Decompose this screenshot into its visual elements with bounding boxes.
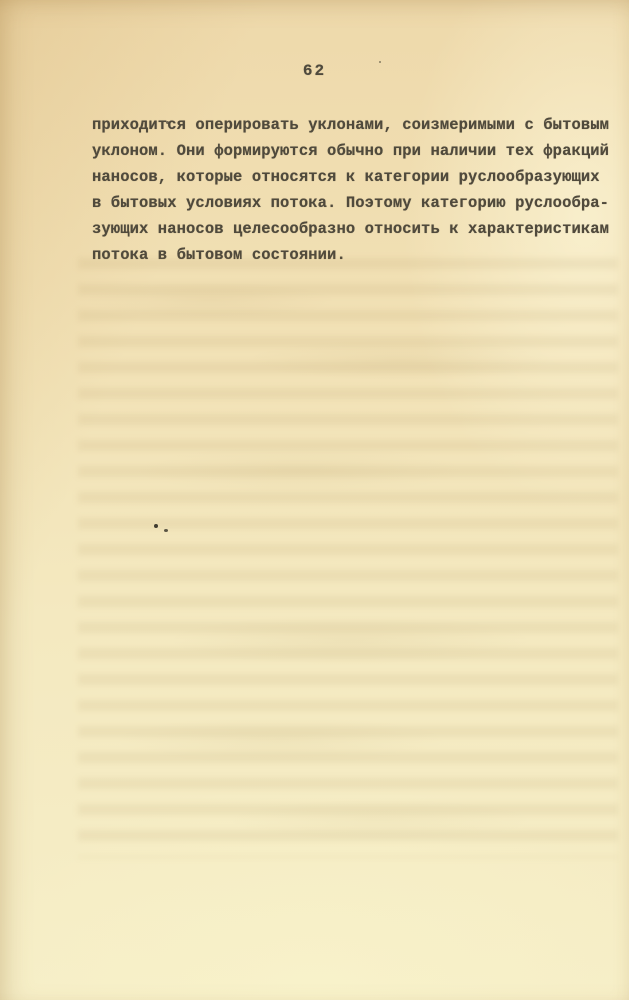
paragraph-line: наносов, которые относятся к категории р… (92, 164, 617, 190)
paragraph-line: зующих наносов целесообразно относить к … (92, 216, 617, 242)
ink-speck (154, 524, 158, 528)
paragraph-line: приходится оперировать уклонами, соизмер… (92, 112, 617, 138)
scanned-page: 62 приходится оперировать уклонами, соиз… (0, 0, 629, 1000)
ink-speck (166, 121, 169, 124)
bleed-through-text (78, 258, 618, 858)
ink-speck (164, 529, 168, 532)
ink-speck (379, 61, 381, 63)
body-paragraph: приходится оперировать уклонами, соизмер… (92, 112, 617, 268)
page-number: 62 (0, 62, 629, 80)
paragraph-line: в бытовых условиях потока. Поэтому катег… (92, 190, 617, 216)
paragraph-line: уклоном. Они формируются обычно при нали… (92, 138, 617, 164)
paragraph-line: потока в бытовом состоянии. (92, 242, 617, 268)
